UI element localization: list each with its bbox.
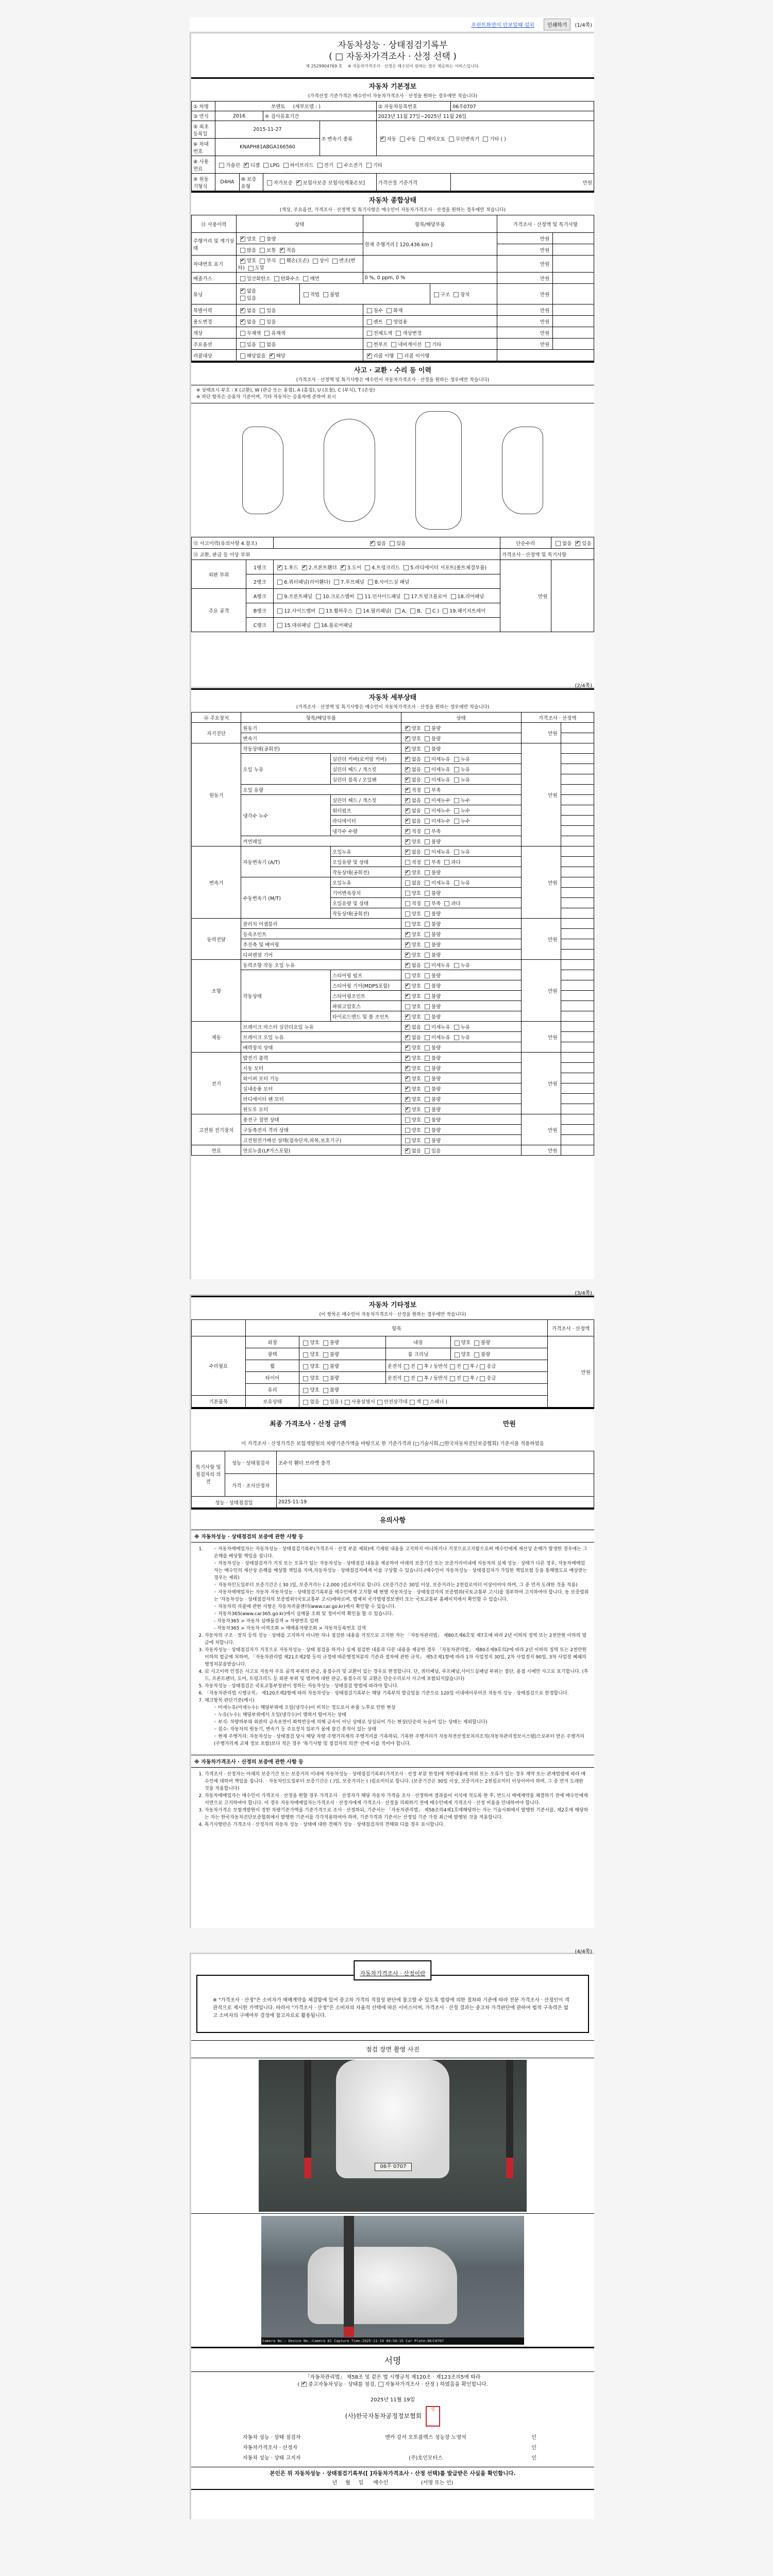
checkbox[interactable]: [219, 163, 224, 168]
price-note: [561, 816, 594, 826]
checkbox-label: 없음: [562, 541, 572, 547]
checkbox-label: 양호: [412, 1066, 421, 1072]
state-options: 양호 불량: [401, 1104, 521, 1114]
checkbox[interactable]: [356, 608, 361, 614]
checkbox[interactable]: [405, 777, 410, 783]
checkbox-label: 없음: [412, 880, 421, 886]
notice-section-1-title: ※ 자동차성능 · 상태점검의 보증에 관한 사항 등: [191, 1530, 594, 1543]
checkbox[interactable]: [405, 984, 410, 989]
checkbox[interactable]: [405, 953, 410, 958]
checkbox-label: 누유: [461, 757, 470, 762]
checkbox[interactable]: [405, 891, 410, 896]
checkbox[interactable]: [425, 963, 430, 968]
checkbox[interactable]: [425, 1138, 430, 1143]
checkbox-label: 색상변경: [402, 331, 422, 336]
checkbox[interactable]: [405, 839, 410, 844]
checkbox[interactable]: [303, 1376, 308, 1381]
checkbox-inspection[interactable]: [301, 2382, 307, 2387]
checkbox-label: 가솔린: [226, 163, 240, 168]
checkbox[interactable]: [240, 276, 245, 281]
checkbox-label: 불량: [330, 1364, 339, 1369]
group-label: 자기진단: [192, 723, 241, 743]
page-number: (1/4쪽): [575, 21, 592, 28]
checkbox[interactable]: [405, 1138, 410, 1143]
checkbox[interactable]: [316, 594, 321, 599]
state-options: 적정 부족 과다: [401, 898, 521, 908]
checkbox[interactable]: [425, 932, 430, 937]
checkbox[interactable]: [425, 839, 430, 844]
checkbox-label: 양호: [310, 1376, 319, 1381]
checkbox[interactable]: [454, 777, 459, 783]
checkbox[interactable]: [425, 798, 430, 803]
price-unit: 만원: [548, 1336, 594, 1408]
checkbox[interactable]: [277, 594, 282, 599]
checkbox[interactable]: [240, 236, 245, 242]
checkbox-label: 양호: [412, 922, 421, 927]
checkbox[interactable]: [303, 1341, 308, 1346]
checkbox[interactable]: [280, 248, 285, 253]
checkbox[interactable]: [405, 1117, 410, 1123]
checkbox[interactable]: [303, 1388, 308, 1393]
checkbox[interactable]: [425, 1014, 430, 1020]
parts-options: 1.후드 2.프론트휀더 3.도어 4.트렁크리드 5.라디에이터 서포트(볼트…: [274, 560, 500, 574]
checkbox[interactable]: [454, 767, 459, 772]
checkbox[interactable]: [425, 788, 430, 793]
checkbox[interactable]: [323, 1376, 328, 1381]
criteria-text: 미세누유(미세누수): 해당부위에 오일(냉각수)이 비치는 정도로서 부품 노…: [214, 1704, 589, 1711]
state-options: 없음 미세누유 누유: [401, 960, 521, 970]
col-header: 가격조사 · 산정액: [521, 713, 594, 723]
checkbox[interactable]: [419, 137, 425, 142]
checkbox[interactable]: [405, 901, 410, 906]
checkbox[interactable]: [405, 829, 410, 834]
checkbox[interactable]: [313, 259, 318, 264]
checkbox[interactable]: [474, 1341, 479, 1346]
checkbox[interactable]: [425, 860, 430, 865]
checkbox[interactable]: [391, 342, 396, 347]
checkbox[interactable]: [405, 860, 410, 865]
sub-item-label: 오일유량 및 상태: [330, 857, 401, 867]
checkbox[interactable]: [277, 623, 282, 628]
checkbox[interactable]: [240, 342, 245, 347]
checkbox[interactable]: [405, 808, 410, 814]
checkbox[interactable]: [425, 1025, 430, 1030]
checkbox[interactable]: [425, 953, 430, 958]
price-unit: 만원: [497, 304, 552, 316]
checkbox[interactable]: [454, 880, 459, 886]
print-button[interactable]: 인쇄하기: [544, 19, 571, 30]
checkbox[interactable]: [425, 767, 430, 772]
checkbox[interactable]: [248, 266, 254, 271]
checkbox-label: 없음: [412, 819, 421, 824]
checkbox[interactable]: [405, 788, 410, 793]
checkbox-label: 있음: [266, 319, 276, 325]
checkbox[interactable]: [405, 1056, 410, 1061]
checkbox[interactable]: [405, 1066, 410, 1071]
checkbox[interactable]: [454, 850, 459, 855]
checkbox[interactable]: [365, 565, 370, 570]
price-note: [553, 244, 594, 256]
checkbox[interactable]: [425, 1097, 430, 1102]
checkbox[interactable]: [280, 259, 285, 264]
checkbox[interactable]: [425, 891, 430, 896]
label-engine: ⑨ 원동 기형식: [192, 174, 215, 191]
checkbox-label: 수동: [407, 137, 416, 142]
checkbox[interactable]: [405, 767, 410, 772]
checkbox[interactable]: [264, 331, 270, 336]
price-unit: 만원: [497, 256, 552, 273]
checkbox[interactable]: [425, 1117, 430, 1123]
rank-label: 2랭크: [246, 574, 274, 589]
checkbox[interactable]: [303, 1352, 308, 1358]
checkbox[interactable]: [405, 1076, 410, 1081]
checkbox[interactable]: [405, 880, 410, 886]
checkbox[interactable]: [454, 757, 459, 762]
price-unit: 만원: [497, 233, 552, 244]
label-warranty: ⑩ 보증 유형: [239, 174, 263, 191]
rank-label: B랭크: [246, 603, 274, 618]
checkbox[interactable]: [314, 623, 320, 628]
item-label: 자동변속기 (A/T): [241, 846, 331, 877]
checkbox-label: 누수: [461, 808, 470, 814]
checkbox[interactable]: [405, 1107, 410, 1112]
checkbox[interactable]: [455, 1341, 460, 1346]
table-row: 외판 부위1랭크1.후드 2.프론트휀더 3.도어 4.트렁크리드 5.라디에이…: [192, 560, 594, 574]
price-note: [561, 950, 594, 960]
checkbox[interactable]: [425, 901, 430, 906]
checkbox[interactable]: [304, 292, 309, 297]
group-label: 제동: [192, 1022, 241, 1053]
checkbox[interactable]: [240, 289, 245, 294]
checkbox-price-survey[interactable]: [378, 2382, 383, 2387]
checkbox[interactable]: [283, 163, 289, 168]
checkbox[interactable]: [425, 1107, 430, 1112]
checkbox-label: 14.필러패널(: [363, 608, 392, 614]
checkbox[interactable]: [425, 736, 430, 741]
checkbox[interactable]: [443, 608, 448, 614]
checkbox[interactable]: [303, 1364, 308, 1369]
item-label: 수동변속기 (M/T): [241, 877, 331, 919]
checkbox[interactable]: [425, 922, 430, 927]
price-note: [561, 991, 594, 1001]
table-row: 색상무채색 유채색전체도색 색상변경만원: [192, 327, 594, 338]
checkbox[interactable]: [370, 541, 375, 546]
checkbox[interactable]: [367, 331, 372, 336]
checkbox[interactable]: [396, 331, 401, 336]
checkbox-label: 미세누유: [431, 850, 450, 855]
checkbox[interactable]: [451, 594, 456, 599]
price-note: [553, 338, 594, 350]
checkbox[interactable]: [240, 331, 245, 336]
checkbox[interactable]: [240, 296, 245, 301]
checkbox[interactable]: [405, 819, 410, 824]
price-note: [553, 233, 594, 244]
item-label: 시동 모터: [241, 1063, 401, 1073]
checkbox[interactable]: [405, 1014, 410, 1020]
checkbox[interactable]: [405, 757, 410, 762]
checkbox[interactable]: [267, 180, 272, 185]
notice-item: 특기사항란은 가격조사 · 산정자의 자동차 성능 · 상태에 대한 견해가 성…: [205, 1821, 589, 1828]
checkbox[interactable]: [260, 248, 265, 253]
sub-item-label: 실린더 블록 / 오일팬: [330, 774, 401, 785]
checkbox[interactable]: [453, 292, 459, 297]
checkbox[interactable]: [260, 259, 265, 264]
checkbox[interactable]: [405, 942, 410, 947]
checkbox[interactable]: [434, 292, 439, 297]
checkbox[interactable]: [405, 1128, 410, 1133]
checkbox[interactable]: [405, 994, 410, 999]
checkbox[interactable]: [425, 942, 430, 947]
checkbox-label: 미세누수: [431, 819, 450, 824]
checkbox[interactable]: [367, 308, 372, 313]
checkbox[interactable]: [405, 798, 410, 803]
checkbox-label: 불량: [431, 1138, 441, 1144]
checkbox[interactable]: [425, 1004, 430, 1009]
checkbox[interactable]: [405, 1045, 410, 1050]
checkbox[interactable]: [260, 236, 265, 242]
checkbox-label: 양호: [412, 736, 421, 742]
checkbox[interactable]: [296, 180, 301, 185]
checkbox[interactable]: [334, 580, 339, 585]
checkbox[interactable]: [367, 353, 372, 359]
checkbox-label: 불량: [431, 1045, 441, 1051]
checkbox[interactable]: [405, 870, 410, 875]
checkbox[interactable]: [302, 565, 307, 570]
checkbox[interactable]: [263, 163, 268, 168]
opinion-table: 특기사항 및 점검자의 의견성능 · 상태점검자조수석 휀더 브라켓 충격 가격…: [191, 1451, 594, 1508]
checkbox[interactable]: [556, 541, 561, 546]
checkbox[interactable]: [240, 248, 245, 253]
checkbox[interactable]: [337, 163, 342, 168]
checkbox[interactable]: [425, 973, 430, 978]
checkbox[interactable]: [410, 608, 415, 614]
checkbox[interactable]: [270, 353, 275, 359]
checkbox-label: 과다: [451, 901, 460, 907]
confirm-inspection: 중고자동차성능 · 상태를 점검,: [308, 2382, 376, 2387]
row-label: 배출가스: [192, 273, 237, 284]
state-options: 없음 미세누유 누유: [401, 1022, 521, 1032]
section-subtitle: (가격조사 · 산정액 및 특기사항은 매수인이 자동차가격조사 · 산정을 원…: [191, 703, 594, 710]
checkbox[interactable]: [358, 594, 363, 599]
checkbox[interactable]: [454, 1035, 459, 1040]
checkbox[interactable]: [395, 608, 400, 614]
checkbox[interactable]: [405, 1035, 410, 1040]
checkbox[interactable]: [368, 580, 373, 585]
table-row: 주행거리 및 계기상태양호 불량현재 주행거리 [ 120,436 km ]만원: [192, 233, 594, 244]
checkbox-label: LPG: [270, 163, 279, 168]
checkbox[interactable]: [367, 342, 372, 347]
checkbox[interactable]: [425, 984, 430, 989]
price-note: [561, 960, 594, 970]
checkbox-label: 없음: [247, 319, 256, 325]
price-note: [561, 1094, 594, 1104]
checkbox[interactable]: [367, 319, 372, 325]
checkbox[interactable]: [405, 1097, 410, 1102]
checkbox[interactable]: [274, 276, 279, 281]
checkbox[interactable]: [332, 259, 338, 264]
checkbox[interactable]: [405, 963, 410, 968]
legality-options: 적법 불법: [299, 284, 430, 304]
checkbox-label: 양호: [412, 1056, 421, 1061]
price-unit: 만원: [521, 919, 561, 960]
checkbox[interactable]: [404, 565, 409, 570]
checkbox[interactable]: [405, 1087, 410, 1092]
table-row: 주요옵션있음 없음썬루프 네비게이션 기타만원: [192, 338, 594, 350]
price-note: [561, 1063, 594, 1073]
checkbox[interactable]: [425, 757, 430, 762]
checkbox[interactable]: [260, 319, 265, 325]
checkbox[interactable]: [454, 819, 459, 824]
checkbox[interactable]: [386, 319, 392, 325]
checkbox[interactable]: [425, 777, 430, 783]
stamp-mark: 인: [516, 2434, 536, 2442]
install-link[interactable]: 프린트화면이 안보일때 설치: [472, 21, 534, 28]
checkbox[interactable]: [397, 353, 402, 359]
checkbox[interactable]: [319, 608, 324, 614]
checkbox[interactable]: [323, 1352, 328, 1358]
checkbox-label: 누유: [461, 767, 470, 773]
checkbox-label: 2.프론트휀더: [309, 565, 337, 571]
checkbox[interactable]: [425, 1087, 430, 1092]
checkbox[interactable]: [390, 541, 395, 546]
checkbox[interactable]: [405, 1004, 410, 1009]
price-note: [561, 1125, 594, 1135]
checkbox[interactable]: [386, 308, 392, 313]
checkbox[interactable]: [323, 1388, 328, 1393]
price-note: [561, 1073, 594, 1083]
criteria-text: 침수: 자동차의 원동기, 변속기 등 주요장치 일부가 물에 잠긴 흔적이 있…: [214, 1726, 589, 1733]
checkbox[interactable]: [366, 163, 372, 168]
checkbox[interactable]: [575, 541, 580, 546]
checkbox[interactable]: [303, 276, 308, 281]
checkbox[interactable]: [260, 308, 265, 313]
checkbox[interactable]: [474, 1352, 479, 1358]
checkbox[interactable]: [425, 870, 430, 875]
checkbox[interactable]: [425, 808, 430, 814]
checkbox[interactable]: [277, 608, 282, 614]
checkbox[interactable]: [425, 747, 430, 752]
checkbox[interactable]: [425, 1056, 430, 1061]
checkbox[interactable]: [240, 319, 245, 325]
checkbox[interactable]: [277, 580, 282, 585]
checkbox[interactable]: [449, 137, 454, 142]
notice-item: 자동차가격은 보험개발원이 정한 차량기준가액을 기준가격으로 조사 · 산정하…: [205, 1807, 589, 1821]
checkbox[interactable]: [425, 880, 430, 886]
car-right-side-diagram: [502, 427, 543, 514]
price-note: [561, 1053, 594, 1063]
checkbox[interactable]: [425, 1148, 430, 1154]
checkbox[interactable]: [405, 1148, 410, 1154]
checkbox[interactable]: [425, 850, 430, 855]
notice-section-2: 가격조사 · 산정자는 아래의 보증기간 또는 보증거리 이내에 자동차성능 ·…: [191, 1768, 594, 1832]
checkbox[interactable]: [425, 342, 430, 347]
price-note: [561, 857, 594, 867]
checkbox[interactable]: [444, 860, 449, 865]
sub-item-label: 작동상태(공회전): [330, 867, 401, 877]
checkbox[interactable]: [405, 850, 410, 855]
checkbox[interactable]: [425, 1128, 430, 1133]
checkbox-label: 불량: [431, 1097, 441, 1103]
checkbox[interactable]: [425, 994, 430, 999]
checkbox[interactable]: [240, 259, 245, 264]
checkbox[interactable]: [425, 1066, 430, 1071]
checkbox[interactable]: [483, 137, 488, 142]
checkbox[interactable]: [425, 1045, 430, 1050]
checkbox[interactable]: [240, 353, 245, 359]
checkbox[interactable]: [426, 608, 431, 614]
checkbox[interactable]: [425, 819, 430, 824]
checkbox-label: 불량: [431, 1066, 441, 1072]
checkbox[interactable]: [260, 342, 265, 347]
state-options: 적정 부족: [401, 785, 521, 795]
checkbox[interactable]: [425, 1076, 430, 1081]
price-note: [561, 805, 594, 816]
checkbox[interactable]: [425, 829, 430, 834]
checkbox[interactable]: [405, 736, 410, 741]
checkbox-label: 6.쿼터패널(리어휀다): [284, 580, 330, 585]
checkbox[interactable]: [323, 292, 328, 297]
label-base-price: 가격산정 기준가격: [376, 174, 451, 191]
checkbox[interactable]: [454, 1025, 459, 1030]
checkbox[interactable]: [317, 163, 323, 168]
checkbox[interactable]: [400, 137, 405, 142]
checkbox-label: 매연: [310, 276, 319, 282]
checkbox[interactable]: [240, 308, 245, 313]
checkbox[interactable]: [425, 911, 430, 917]
checkbox[interactable]: [405, 932, 410, 937]
row-label: 차대번호 표기: [192, 256, 237, 273]
checkbox[interactable]: [405, 922, 410, 927]
state-options: 양호 불량: [401, 939, 521, 950]
checkbox[interactable]: [404, 594, 409, 599]
checkbox[interactable]: [341, 565, 346, 570]
checkbox-label: 양호: [412, 932, 421, 938]
checkbox[interactable]: [455, 1352, 460, 1358]
checkbox-label: 양호: [412, 994, 421, 999]
checkbox[interactable]: [323, 1341, 328, 1346]
checkbox[interactable]: [444, 901, 449, 906]
checkbox[interactable]: [454, 798, 459, 803]
criteria-text: 현재 주행거리: 자동차성능 · 상태점검 당시 해당 차량 주행거리계의 주행…: [214, 1733, 589, 1748]
rank-label: A랭크: [246, 589, 274, 603]
checkbox[interactable]: [405, 911, 410, 917]
checkbox[interactable]: [244, 163, 249, 168]
price-note: [561, 970, 594, 980]
checkbox[interactable]: [454, 963, 459, 968]
receipt-signature-line: 년 월 일 매수인 (서명 또는 인): [191, 2478, 594, 2486]
price-note: [561, 764, 594, 774]
checkbox[interactable]: [405, 747, 410, 752]
checkbox-label: 양호: [412, 953, 421, 958]
model-year: 2016: [215, 111, 263, 121]
checkbox[interactable]: [277, 565, 282, 570]
price-note: [561, 980, 594, 991]
col-header: 상태: [236, 215, 363, 233]
checkbox-label: 양호: [412, 1117, 421, 1123]
checkbox[interactable]: [454, 808, 459, 814]
checkbox[interactable]: [405, 726, 410, 731]
table-row: 용도변경없음 있음렌트 영업용만원: [192, 316, 594, 327]
checkbox[interactable]: [425, 726, 430, 731]
checkbox-label: 누유: [461, 850, 470, 855]
checkbox[interactable]: [425, 1035, 430, 1040]
checkbox[interactable]: [380, 137, 385, 142]
checkbox[interactable]: [405, 1025, 410, 1030]
checkbox-label: 있음: [431, 1148, 441, 1154]
checkbox-label: 미세누수: [431, 798, 450, 804]
checkbox[interactable]: [405, 973, 410, 978]
checkbox[interactable]: [323, 1364, 328, 1369]
